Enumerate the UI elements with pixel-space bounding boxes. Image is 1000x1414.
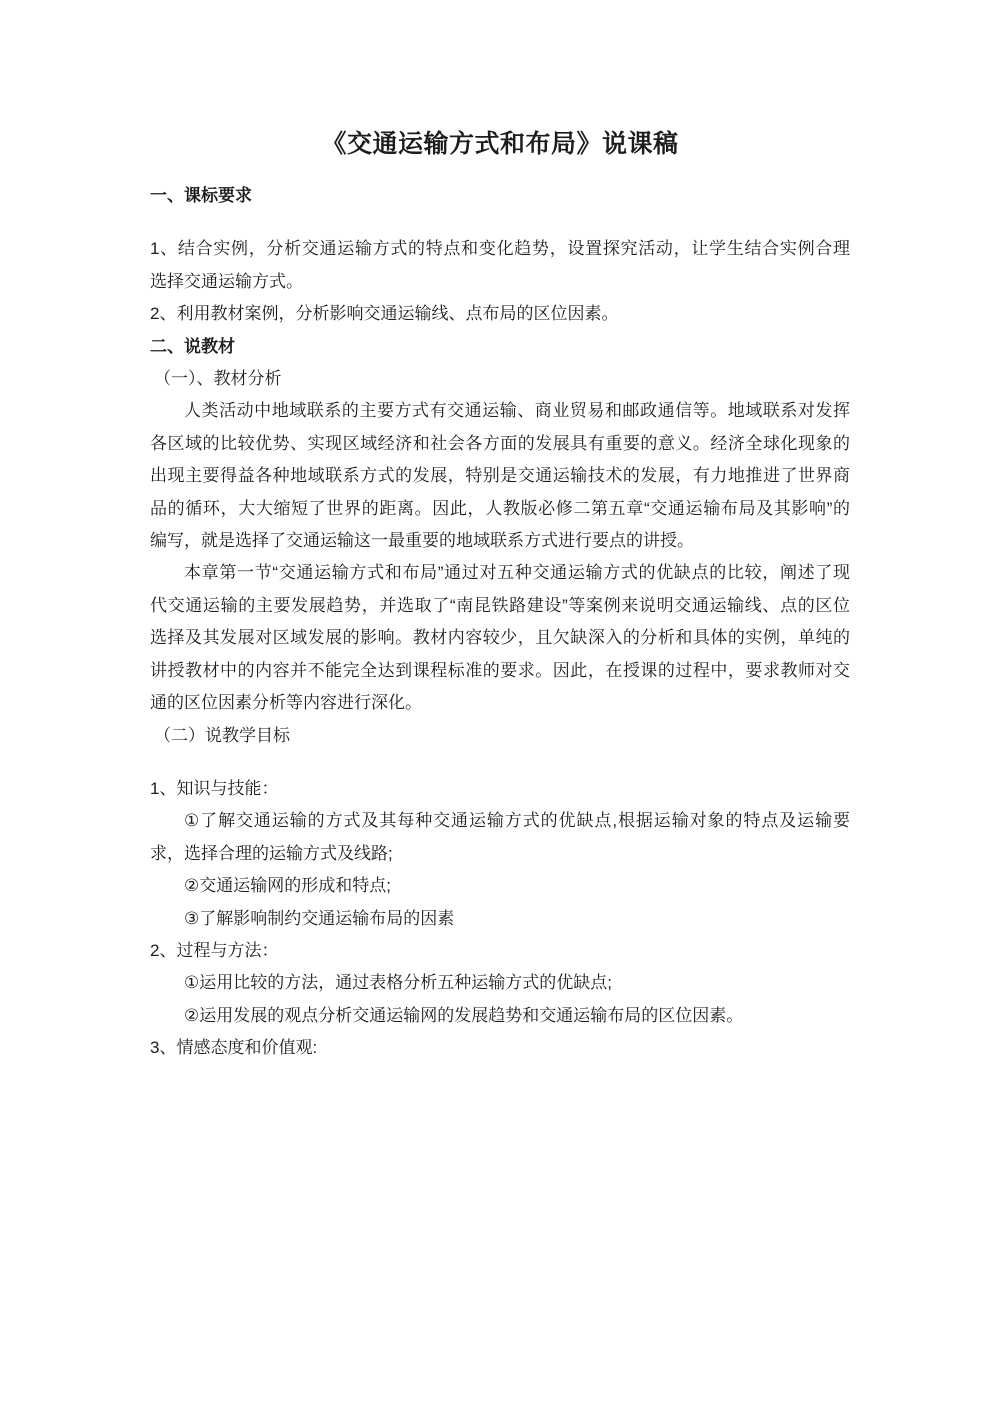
paragraph: （二）说教学目标 xyxy=(150,720,850,752)
paragraph: 2、过程与方法： xyxy=(150,935,850,967)
paragraph: ①了解交通运输的方式及其每种交通运输方式的优缺点,根据运输对象的特点及运输要求，… xyxy=(150,805,850,870)
text-line: 各区域的比较优势、实现区域经济和社会各方面的发展具有重要的意义。经济全球化现象的 xyxy=(150,428,850,460)
paragraph: ①运用比较的方法，通过表格分析五种运输方式的优缺点; xyxy=(150,967,850,999)
text-line: 编写，就是选择了交通运输这一最重要的地域联系方式进行要点的讲授。 xyxy=(150,525,850,557)
text-line: 人类活动中地域联系的主要方式有交通运输、商业贸易和邮政通信等。地域联系对发挥 xyxy=(150,395,850,427)
paragraph: 人类活动中地域联系的主要方式有交通运输、商业贸易和邮政通信等。地域联系对发挥各区… xyxy=(150,395,850,557)
section-heading: 一、课标要求 xyxy=(150,180,850,212)
text-line: 2、过程与方法： xyxy=(150,935,850,967)
paragraph: 本章第一节“交通运输方式和布局”通过对五种交通运输方式的优缺点的比较，阐述了现代… xyxy=(150,557,850,719)
document-title: 《交通运输方式和布局》说课稿 xyxy=(150,124,850,164)
text-line: 1、结合实例，分析交通运输方式的特点和变化趋势，设置探究活动，让学生结合实例合理 xyxy=(150,233,850,265)
paragraph: 2、利用教材案例，分析影响交通运输线、点布局的区位因素。 xyxy=(150,298,850,330)
text-line: 3、情感态度和价值观: xyxy=(150,1032,850,1064)
text-line: ②运用发展的观点分析交通运输网的发展趋势和交通运输布局的区位因素。 xyxy=(150,1000,850,1032)
paragraph: ③了解影响制约交通运输布局的因素 xyxy=(150,903,850,935)
text-line: 选择及其发展对区域发展的影响。教材内容较少，且欠缺深入的分析和具体的实例，单纯的 xyxy=(150,622,850,654)
text-line: 2、利用教材案例，分析影响交通运输线、点布局的区位因素。 xyxy=(150,298,850,330)
text-line: 求，选择合理的运输方式及线路; xyxy=(150,838,850,870)
paragraph: 1、知识与技能： xyxy=(150,773,850,805)
text-line: ②交通运输网的形成和特点; xyxy=(150,870,850,902)
section-heading: 二、说教材 xyxy=(150,331,850,363)
text-line: （二）说教学目标 xyxy=(150,720,850,752)
text-line: ③了解影响制约交通运输布局的因素 xyxy=(150,903,850,935)
text-line: 一、课标要求 xyxy=(150,180,850,212)
text-line: 讲授教材中的内容并不能完全达到课程标准的要求。因此，在授课的过程中，要求教师对交 xyxy=(150,655,850,687)
paragraph: ②运用发展的观点分析交通运输网的发展趋势和交通运输布局的区位因素。 xyxy=(150,1000,850,1032)
paragraph: ②交通运输网的形成和特点; xyxy=(150,870,850,902)
text-line: ①运用比较的方法，通过表格分析五种运输方式的优缺点; xyxy=(150,967,850,999)
paragraph: 1、结合实例，分析交通运输方式的特点和变化趋势，设置探究活动，让学生结合实例合理… xyxy=(150,233,850,298)
text-line: 出现主要得益各种地域联系方式的发展，特别是交通运输技术的发展，有力地推进了世界商 xyxy=(150,460,850,492)
text-line: 选择交通运输方式。 xyxy=(150,266,850,298)
text-line: 通的区位因素分析等内容进行深化。 xyxy=(150,687,850,719)
text-line: 代交通运输的主要发展趋势，并选取了“南昆铁路建设”等案例来说明交通运输线、点的区… xyxy=(150,590,850,622)
text-line: 品的循环，大大缩短了世界的距离。因此，人教版必修二第五章“交通运输布局及其影响”… xyxy=(150,493,850,525)
document-body: 一、课标要求1、结合实例，分析交通运输方式的特点和变化趋势，设置探究活动，让学生… xyxy=(150,180,850,1065)
text-line: 1、知识与技能： xyxy=(150,773,850,805)
document-page: 《交通运输方式和布局》说课稿 一、课标要求1、结合实例，分析交通运输方式的特点和… xyxy=(0,0,1000,1414)
text-line: 二、说教材 xyxy=(150,331,850,363)
text-line: ①了解交通运输的方式及其每种交通运输方式的优缺点,根据运输对象的特点及运输要 xyxy=(150,805,850,837)
text-line: （一）、教材分析 xyxy=(150,363,850,395)
paragraph: （一）、教材分析 xyxy=(150,363,850,395)
paragraph: 3、情感态度和价值观: xyxy=(150,1032,850,1064)
text-line: 本章第一节“交通运输方式和布局”通过对五种交通运输方式的优缺点的比较，阐述了现 xyxy=(150,557,850,589)
